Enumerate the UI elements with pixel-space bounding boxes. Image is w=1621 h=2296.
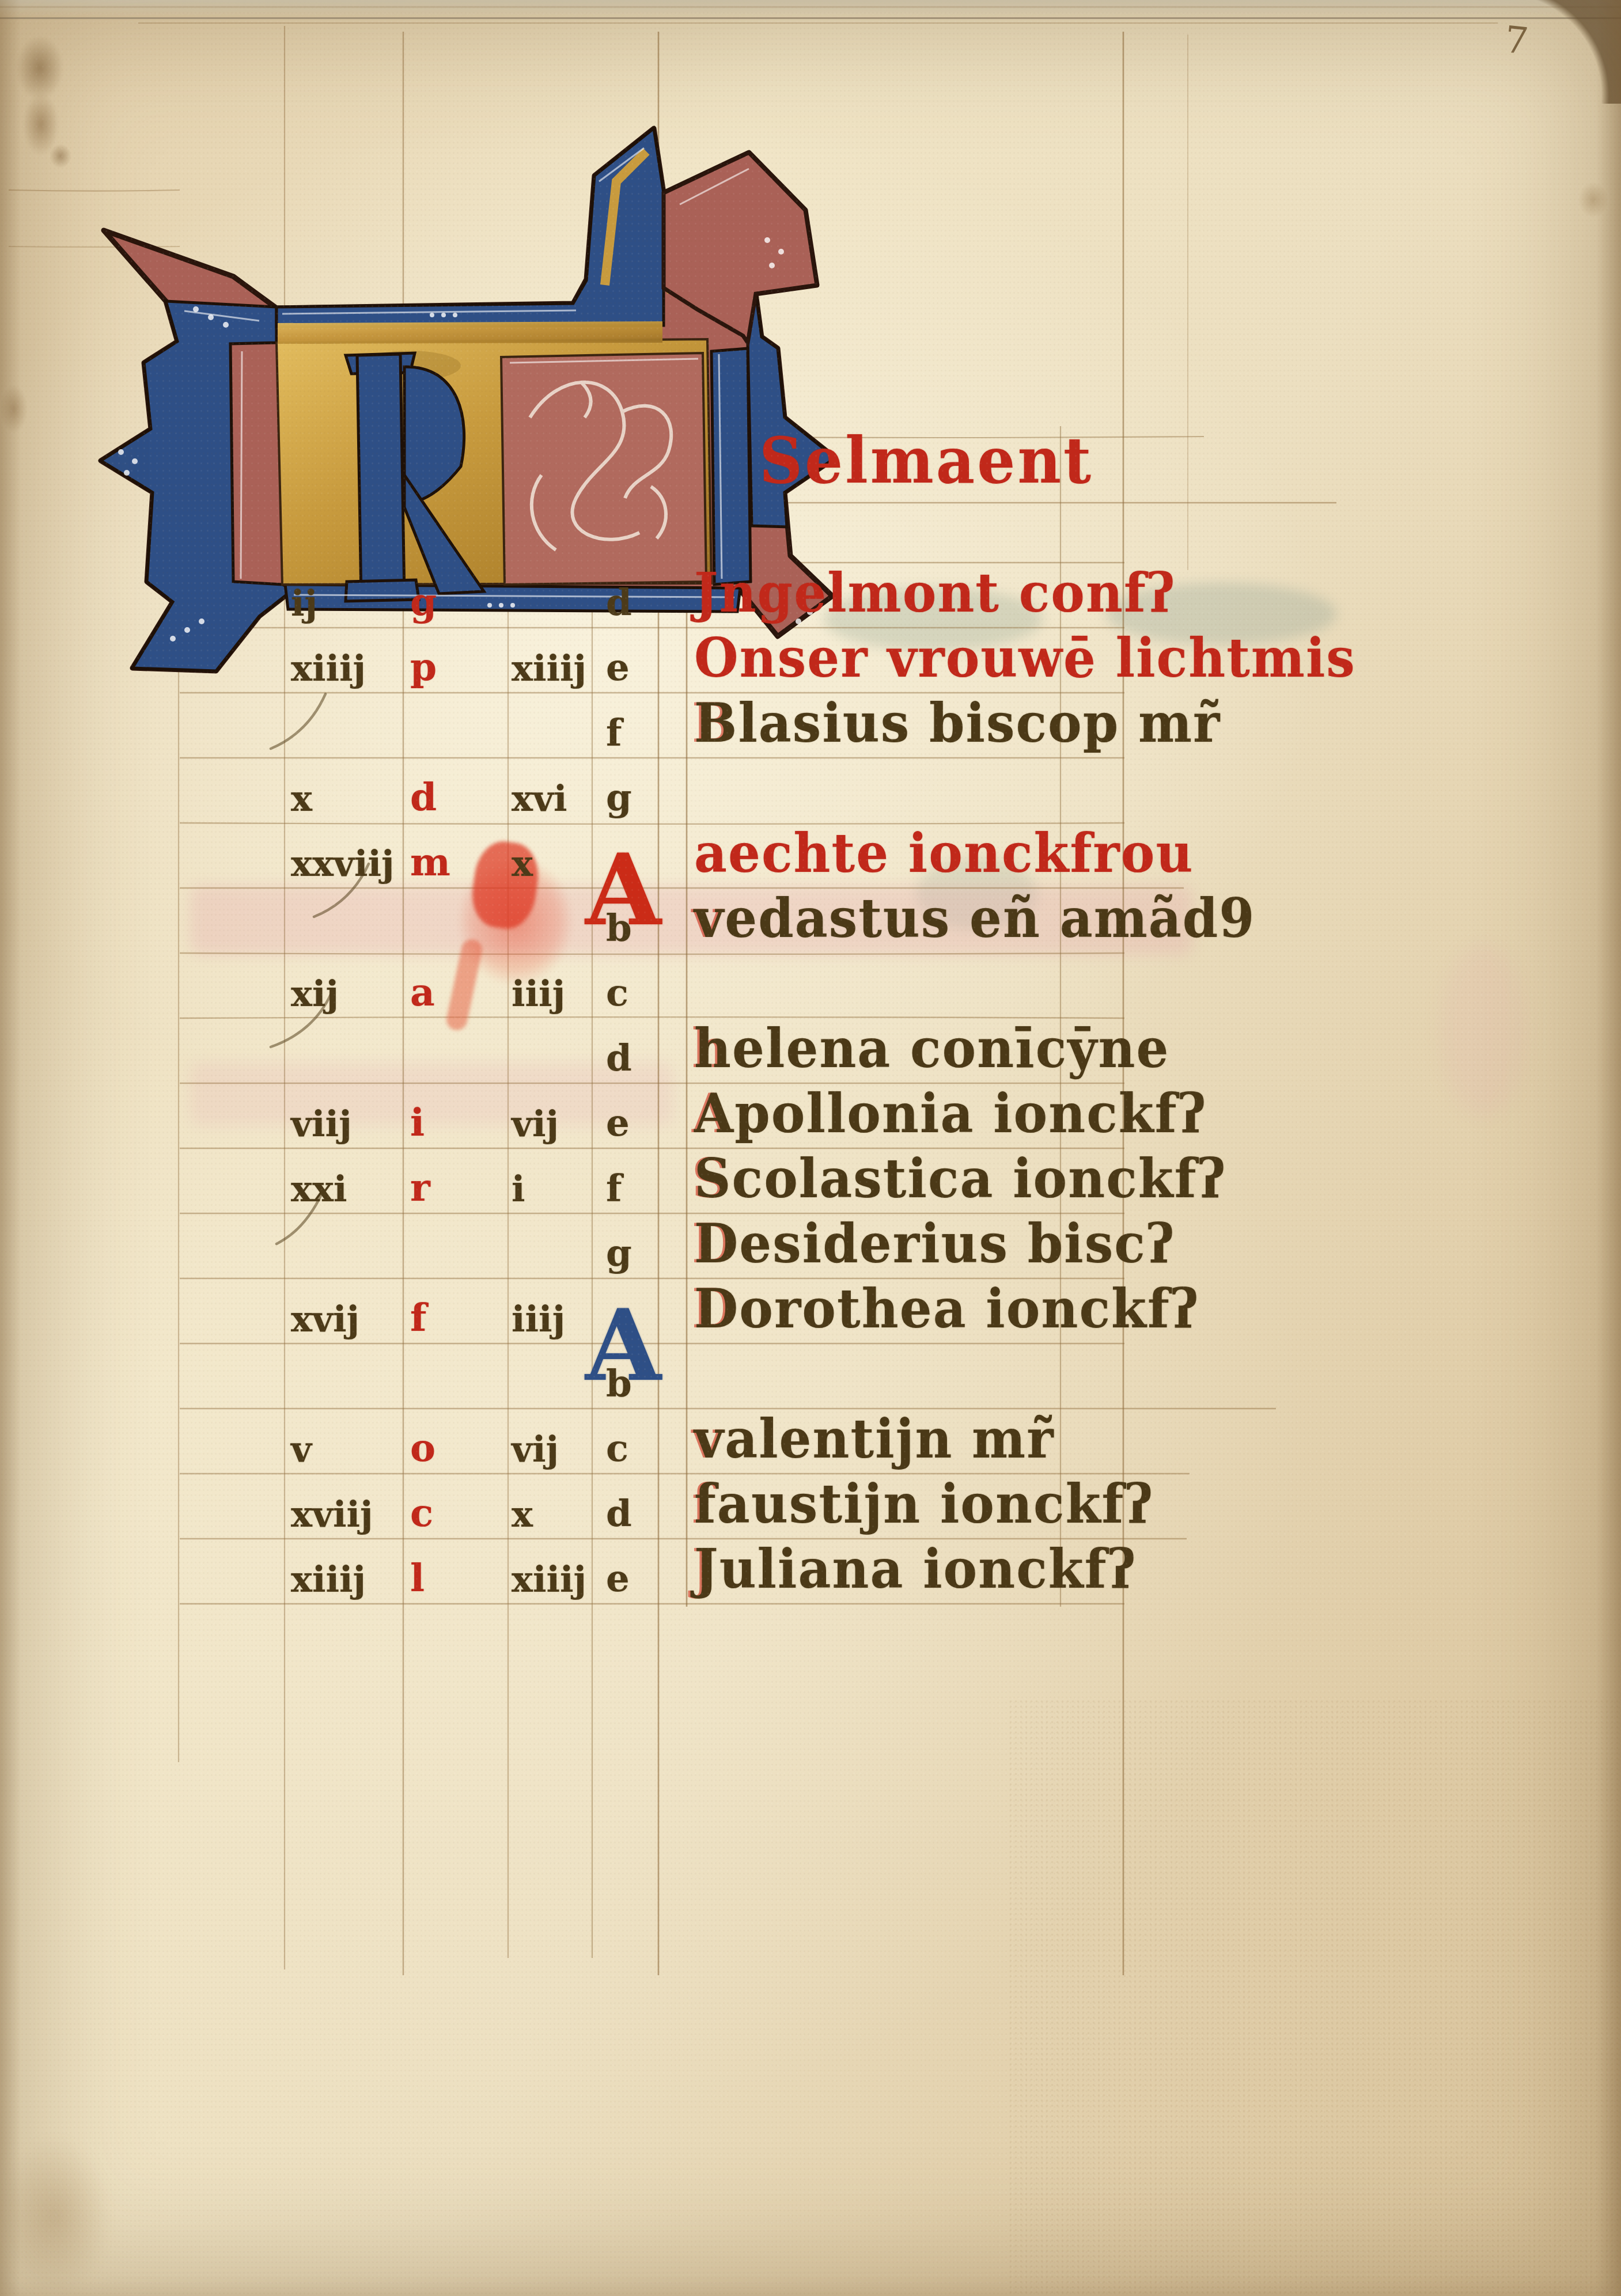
dominical-letter-cell: e bbox=[606, 1557, 669, 1600]
feast-cell: Dorothea ionckfʔ bbox=[694, 1277, 1472, 1340]
dominical-letter-cell: c bbox=[606, 971, 669, 1015]
calendar-row: bvedastus eñ amãd9 bbox=[0, 888, 1621, 953]
calendar-row: viijivijeApollonia ionckfʔ bbox=[0, 1083, 1621, 1148]
dominical-letter-cell: b bbox=[606, 1362, 669, 1405]
golden-number-cell: x bbox=[291, 777, 406, 819]
dominical-letter-cell: e bbox=[606, 646, 669, 689]
second-number-cell: xiiij bbox=[512, 647, 598, 689]
second-number-cell: vij bbox=[512, 1428, 598, 1470]
calendar-row: vovijcvalentijn mr̃ bbox=[0, 1409, 1621, 1474]
feast-cell: Jngelmont confʔ bbox=[694, 561, 1472, 624]
feast-cell: faustijn ionckfʔ bbox=[694, 1472, 1472, 1535]
dominical-letter-cell: f bbox=[606, 711, 669, 754]
red-letter-cell: g bbox=[410, 579, 485, 624]
calendar-row: xiiijpxiiijeOnser vrouwē lichtmis bbox=[0, 628, 1621, 693]
feast-cell: Juliana ionckfʔ bbox=[694, 1537, 1472, 1600]
calendar-row: fBlasius biscop mr̃ bbox=[0, 693, 1621, 758]
feast-cell: Onser vrouwē lichtmis bbox=[694, 626, 1472, 689]
calendar-row: ijgdJngelmont confʔ bbox=[0, 563, 1621, 628]
red-letter-cell: c bbox=[410, 1490, 485, 1535]
calendar-row: gDesiderius biscʔ bbox=[0, 1213, 1621, 1278]
feast-cell: vedastus eñ amãd9 bbox=[694, 886, 1472, 950]
feast-cell: Apollonia ionckfʔ bbox=[694, 1081, 1472, 1145]
calendar-row: xiiijlxiiijeJuliana ionckfʔ bbox=[0, 1539, 1621, 1604]
second-number-cell: x bbox=[512, 1493, 598, 1535]
red-letter-cell: o bbox=[410, 1425, 485, 1470]
dominical-letter-cell: d bbox=[606, 1492, 669, 1535]
calendar-row: xdxvig bbox=[0, 758, 1621, 823]
feast-cell: valentijn mr̃ bbox=[694, 1407, 1472, 1470]
second-number-cell: i bbox=[512, 1168, 598, 1210]
dominical-letter-cell: d bbox=[606, 1037, 669, 1080]
calendar-row: b bbox=[0, 1344, 1621, 1409]
dominical-letter-cell: g bbox=[606, 776, 669, 819]
calendar-row: xvijfiiijADorothea ionckfʔ bbox=[0, 1278, 1621, 1344]
stain bbox=[1578, 182, 1608, 218]
stain bbox=[16, 36, 63, 100]
golden-number-cell: xxviij bbox=[291, 843, 406, 885]
red-letter-cell: i bbox=[410, 1100, 485, 1145]
filigree-ornament bbox=[530, 382, 671, 550]
folio-number: 7 bbox=[1502, 18, 1530, 63]
golden-number-cell: xviij bbox=[291, 1493, 406, 1535]
stain bbox=[0, 385, 28, 433]
golden-number-cell: viij bbox=[291, 1103, 406, 1145]
golden-number-cell: xiiij bbox=[291, 647, 406, 689]
page-top-edge bbox=[0, 0, 1621, 19]
dominical-letter-cell: d bbox=[606, 581, 669, 624]
golden-number-cell: xij bbox=[291, 973, 406, 1015]
feast-cell: Desiderius biscʔ bbox=[694, 1212, 1472, 1275]
second-number-cell: vij bbox=[512, 1103, 598, 1145]
golden-number-cell: ij bbox=[291, 582, 406, 624]
calendar-row: xxirifScolastica ionckfʔ bbox=[0, 1148, 1621, 1213]
red-letter-cell: a bbox=[410, 970, 485, 1015]
dominical-letter-cell: c bbox=[606, 1427, 669, 1470]
manuscript-page: Selmaent 7 ijgdJngelmont confʔxiiijpxiii… bbox=[0, 0, 1621, 2296]
golden-number-cell: xiiij bbox=[291, 1558, 406, 1600]
calendar-row: xxviijmxAaechte ionckfrou bbox=[0, 823, 1621, 888]
stain bbox=[0, 2136, 109, 2296]
red-letter-cell: d bbox=[410, 775, 485, 819]
second-number-cell: xvi bbox=[512, 777, 598, 819]
calendar-row: xijaiiijc bbox=[0, 953, 1621, 1018]
stain bbox=[23, 93, 59, 155]
dominical-letter-cell: b bbox=[606, 906, 669, 950]
red-letter-cell: r bbox=[410, 1165, 485, 1210]
calendar-row: xviijcxdfaustijn ionckfʔ bbox=[0, 1474, 1621, 1539]
red-letter-cell: f bbox=[410, 1295, 485, 1340]
feast-cell: helena conīcȳne bbox=[694, 1016, 1472, 1080]
dominical-letter-cell: e bbox=[606, 1102, 669, 1145]
second-number-cell: xiiij bbox=[512, 1558, 598, 1600]
calendar-row: dhelena conīcȳne bbox=[0, 1018, 1621, 1083]
dominical-letter-cell: g bbox=[606, 1232, 669, 1275]
month-heading: Selmaent bbox=[759, 423, 1162, 502]
golden-number-cell: xvij bbox=[291, 1298, 406, 1340]
feast-cell: Scolastica ionckfʔ bbox=[694, 1147, 1472, 1210]
dominical-letter-cell: f bbox=[606, 1167, 669, 1210]
red-letter-cell: l bbox=[410, 1555, 485, 1600]
stain bbox=[50, 144, 71, 168]
golden-number-cell: xxi bbox=[291, 1168, 406, 1210]
red-letter-cell: p bbox=[410, 644, 485, 689]
white-hairlines bbox=[184, 148, 749, 597]
second-number-cell: iiij bbox=[512, 973, 598, 1015]
golden-number-cell: v bbox=[291, 1428, 406, 1470]
feast-cell: Blasius biscop mr̃ bbox=[694, 691, 1472, 754]
red-letter-cell: m bbox=[410, 840, 485, 885]
feast-cell: aechte ionckfrou bbox=[694, 821, 1472, 885]
parchment-mottle bbox=[1008, 1699, 1621, 2296]
